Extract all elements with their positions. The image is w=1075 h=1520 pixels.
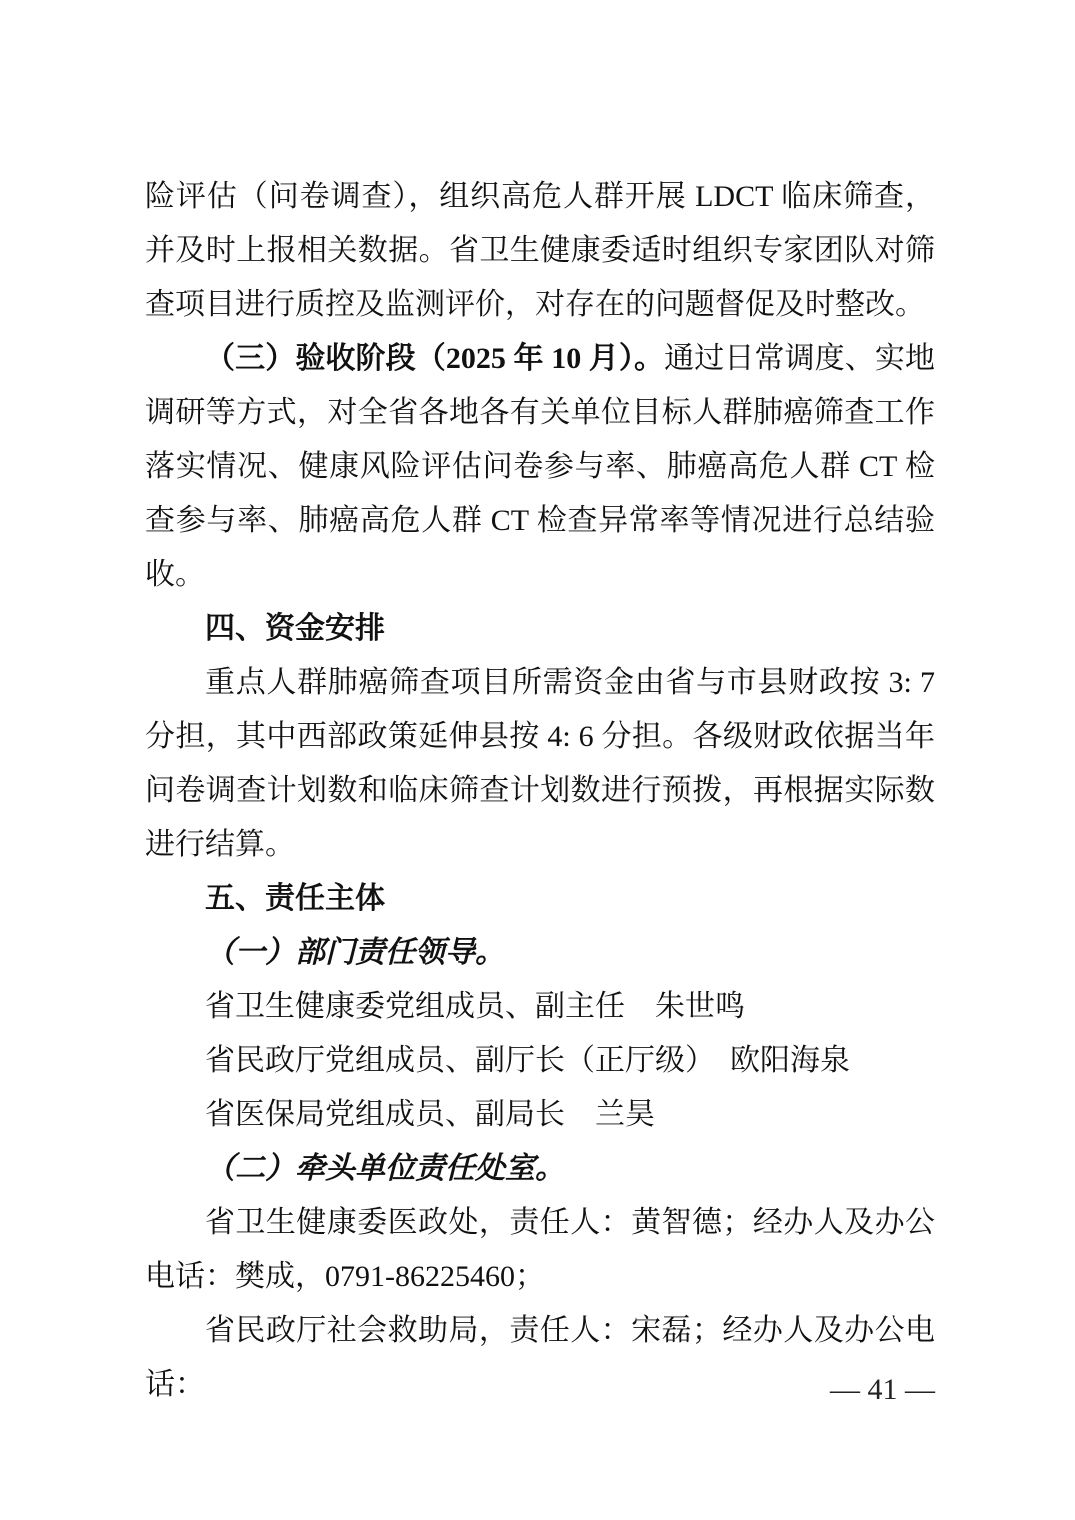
section-heading-responsibility: 五、责任主体 [145,872,935,926]
office-line-social-assistance: 省民政厅社会救助局，责任人：宋磊；经办人及办公电话： [145,1304,935,1412]
page-number: — 41 — [830,1372,935,1408]
office-line-medical-administration: 省卫生健康委医政处，责任人：黄智德；经办人及办公电话：樊成，0791-86225… [145,1196,935,1304]
leader-line-health-commission: 省卫生健康委党组成员、副主任 朱世鸣 [145,980,935,1034]
paragraph-screening-continued: 险评估（问卷调查），组织高危人群开展 LDCT 临床筛查，并及时上报相关数据。省… [145,170,935,332]
section-heading-funding: 四、资金安排 [145,602,935,656]
paragraph-funding: 重点人群肺癌筛查项目所需资金由省与市县财政按 3: 7 分担，其中西部政策延伸县… [145,656,935,872]
subsection-heading-department-leaders: （一）部门责任领导。 [145,926,935,980]
paragraph-acceptance-stage: （三）验收阶段（2025 年 10 月）。通过日常调度、实地调研等方式，对全省各… [145,332,935,602]
leader-line-civil-affairs: 省民政厅党组成员、副厅长（正厅级） 欧阳海泉 [145,1034,935,1088]
document-page: 险评估（问卷调查），组织高危人群开展 LDCT 临床筛查，并及时上报相关数据。省… [0,0,1075,1520]
acceptance-stage-text: 通过日常调度、实地调研等方式，对全省各地各有关单位目标人群肺癌筛查工作落实情况、… [145,342,935,591]
acceptance-stage-lead: （三）验收阶段（2025 年 10 月）。 [205,342,664,375]
subsection-heading-lead-offices: （二）牵头单位责任处室。 [145,1142,935,1196]
document-body: 险评估（问卷调查），组织高危人群开展 LDCT 临床筛查，并及时上报相关数据。省… [145,170,935,1412]
leader-line-medical-insurance: 省医保局党组成员、副局长 兰昊 [145,1088,935,1142]
